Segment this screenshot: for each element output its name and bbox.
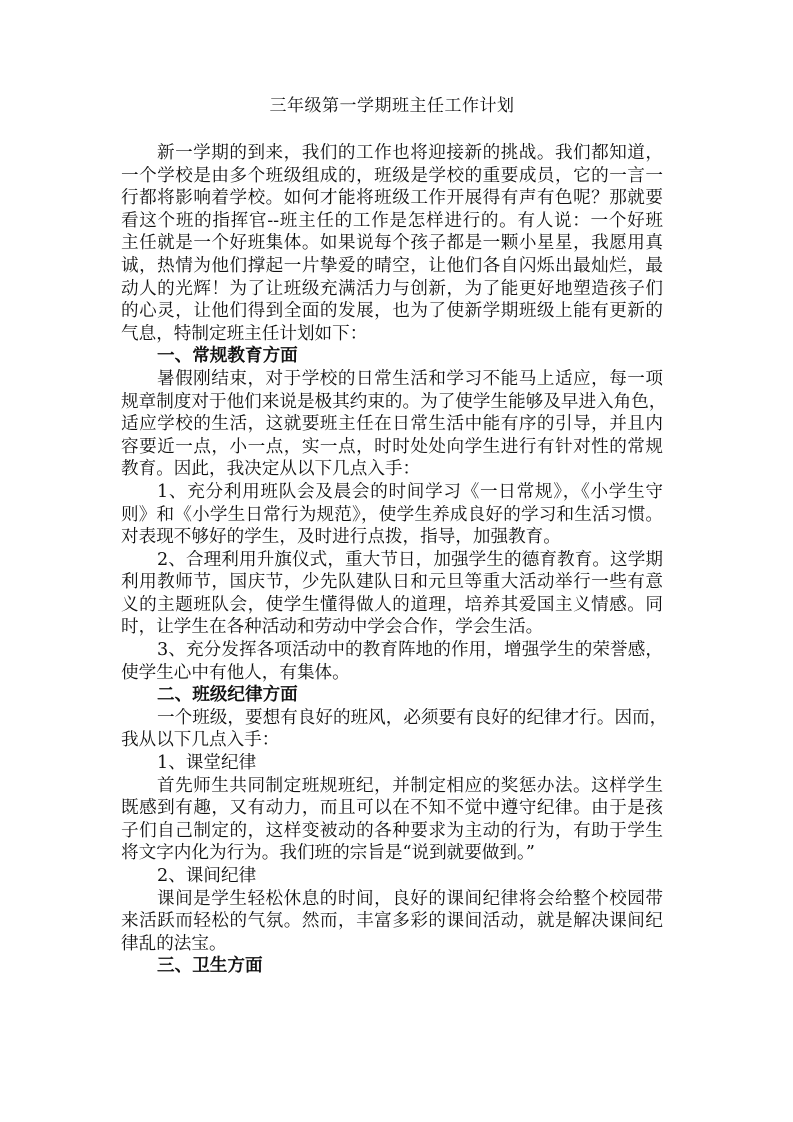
paragraph-first-line: 新一学期的到来，我们的工作也将迎接新的挑战。我们都知道，: [121, 142, 663, 165]
body-line: 规章制度对于他们来说是极其约束的。为了使学生能够及早进入角色，: [121, 391, 663, 414]
paragraph-first-line: 首先师生共同制定班规班纪，并制定相应的奖惩办法。这样学生: [121, 775, 663, 798]
paragraph-first-line: 一个班级，要想有良好的班风，必须要有良好的纪律才行。因而，: [121, 707, 663, 730]
body-line: 容要近一点，小一点，实一点，时时处处向学生进行有针对性的常规: [121, 436, 663, 459]
subsection-heading: 1、课堂纪律: [121, 752, 663, 775]
paragraph-last-line: 将文字内化为行为。我们班的宗旨是“说到就要做到。”: [121, 842, 663, 865]
paragraph-first-line: 课间是学生轻松休息的时间，良好的课间纪律将会给整个校园带: [121, 888, 663, 911]
body-line: 看这个班的指挥官--班主任的工作是怎样进行的。有人说：一个好班: [121, 210, 663, 233]
body-line: 一个学校是由多个班级组成的，班级是学校的重要成员，它的一言一: [121, 165, 663, 188]
section-heading: 一、常规教育方面: [121, 345, 663, 368]
body-line: 利用教师节，国庆节，少先队建队日和元旦等重大活动举行一些有意: [121, 571, 663, 594]
body-line: 动人的光辉！为了让班级充满活力与创新，为了能更好地塑造孩子们: [121, 278, 663, 301]
paragraph-last-line: 教育。因此，我决定从以下几点入手：: [121, 458, 663, 481]
body-line: 既感到有趣，又有动力，而且可以在不知不觉中遵守纪律。由于是孩: [121, 797, 663, 820]
paragraph-first-line: 2、合理利用升旗仪式，重大节日，加强学生的德育教育。这学期: [121, 549, 663, 572]
section-heading: 三、卫生方面: [121, 955, 663, 978]
document-body: 新一学期的到来，我们的工作也将迎接新的挑战。我们都知道，一个学校是由多个班级组成…: [121, 142, 663, 978]
body-line: 则》和《小学生日常行为规范》，使学生养成良好的学习和生活习惯。: [121, 504, 663, 527]
body-line: 主任就是一个好班集体。如果说每个孩子都是一颗小星星，我愿用真: [121, 232, 663, 255]
document-page: 三年级第一学期班主任工作计划 新一学期的到来，我们的工作也将迎接新的挑战。我们都…: [121, 94, 663, 978]
body-line: 的心灵，让他们得到全面的发展，也为了使新学期班级上能有更新的: [121, 300, 663, 323]
body-line: 行都将影响着学校。如何才能将班级工作开展得有声有色呢？那就要: [121, 187, 663, 210]
paragraph-first-line: 3、充分发挥各项活动中的教育阵地的作用，增强学生的荣誉感，: [121, 639, 663, 662]
paragraph-last-line: 时，让学生在各种活动和劳动中学会合作，学会生活。: [121, 616, 663, 639]
body-line: 适应学校的生活，这就要班主任在日常生活中能有序的引导，并且内: [121, 413, 663, 436]
paragraph-last-line: 气息，特制定班主任计划如下：: [121, 323, 663, 346]
section-heading: 二、班级纪律方面: [121, 684, 663, 707]
paragraph-last-line: 律乱的法宝。: [121, 933, 663, 956]
body-line: 子们自己制定的，这样变被动的各种要求为主动的行为，有助于学生: [121, 820, 663, 843]
paragraph-first-line: 暑假刚结束，对于学校的日常生活和学习不能马上适应，每一项: [121, 368, 663, 391]
paragraph-last-line: 使学生心中有他人，有集体。: [121, 662, 663, 685]
paragraph-first-line: 1、充分利用班队会及晨会的时间学习《一日常规》，《小学生守: [121, 481, 663, 504]
document-title: 三年级第一学期班主任工作计划: [121, 94, 663, 118]
subsection-heading: 2、课间纪律: [121, 865, 663, 888]
paragraph-last-line: 对表现不够好的学生，及时进行点拨，指导，加强教育。: [121, 526, 663, 549]
body-line: 诚，热情为他们撑起一片挚爱的晴空，让他们各自闪烁出最灿烂，最: [121, 255, 663, 278]
paragraph-last-line: 我从以下几点入手：: [121, 729, 663, 752]
body-line: 义的主题班队会，使学生懂得做人的道理，培养其爱国主义情感。同: [121, 594, 663, 617]
body-line: 来活跃而轻松的气氛。然而，丰富多彩的课间活动，就是解决课间纪: [121, 910, 663, 933]
